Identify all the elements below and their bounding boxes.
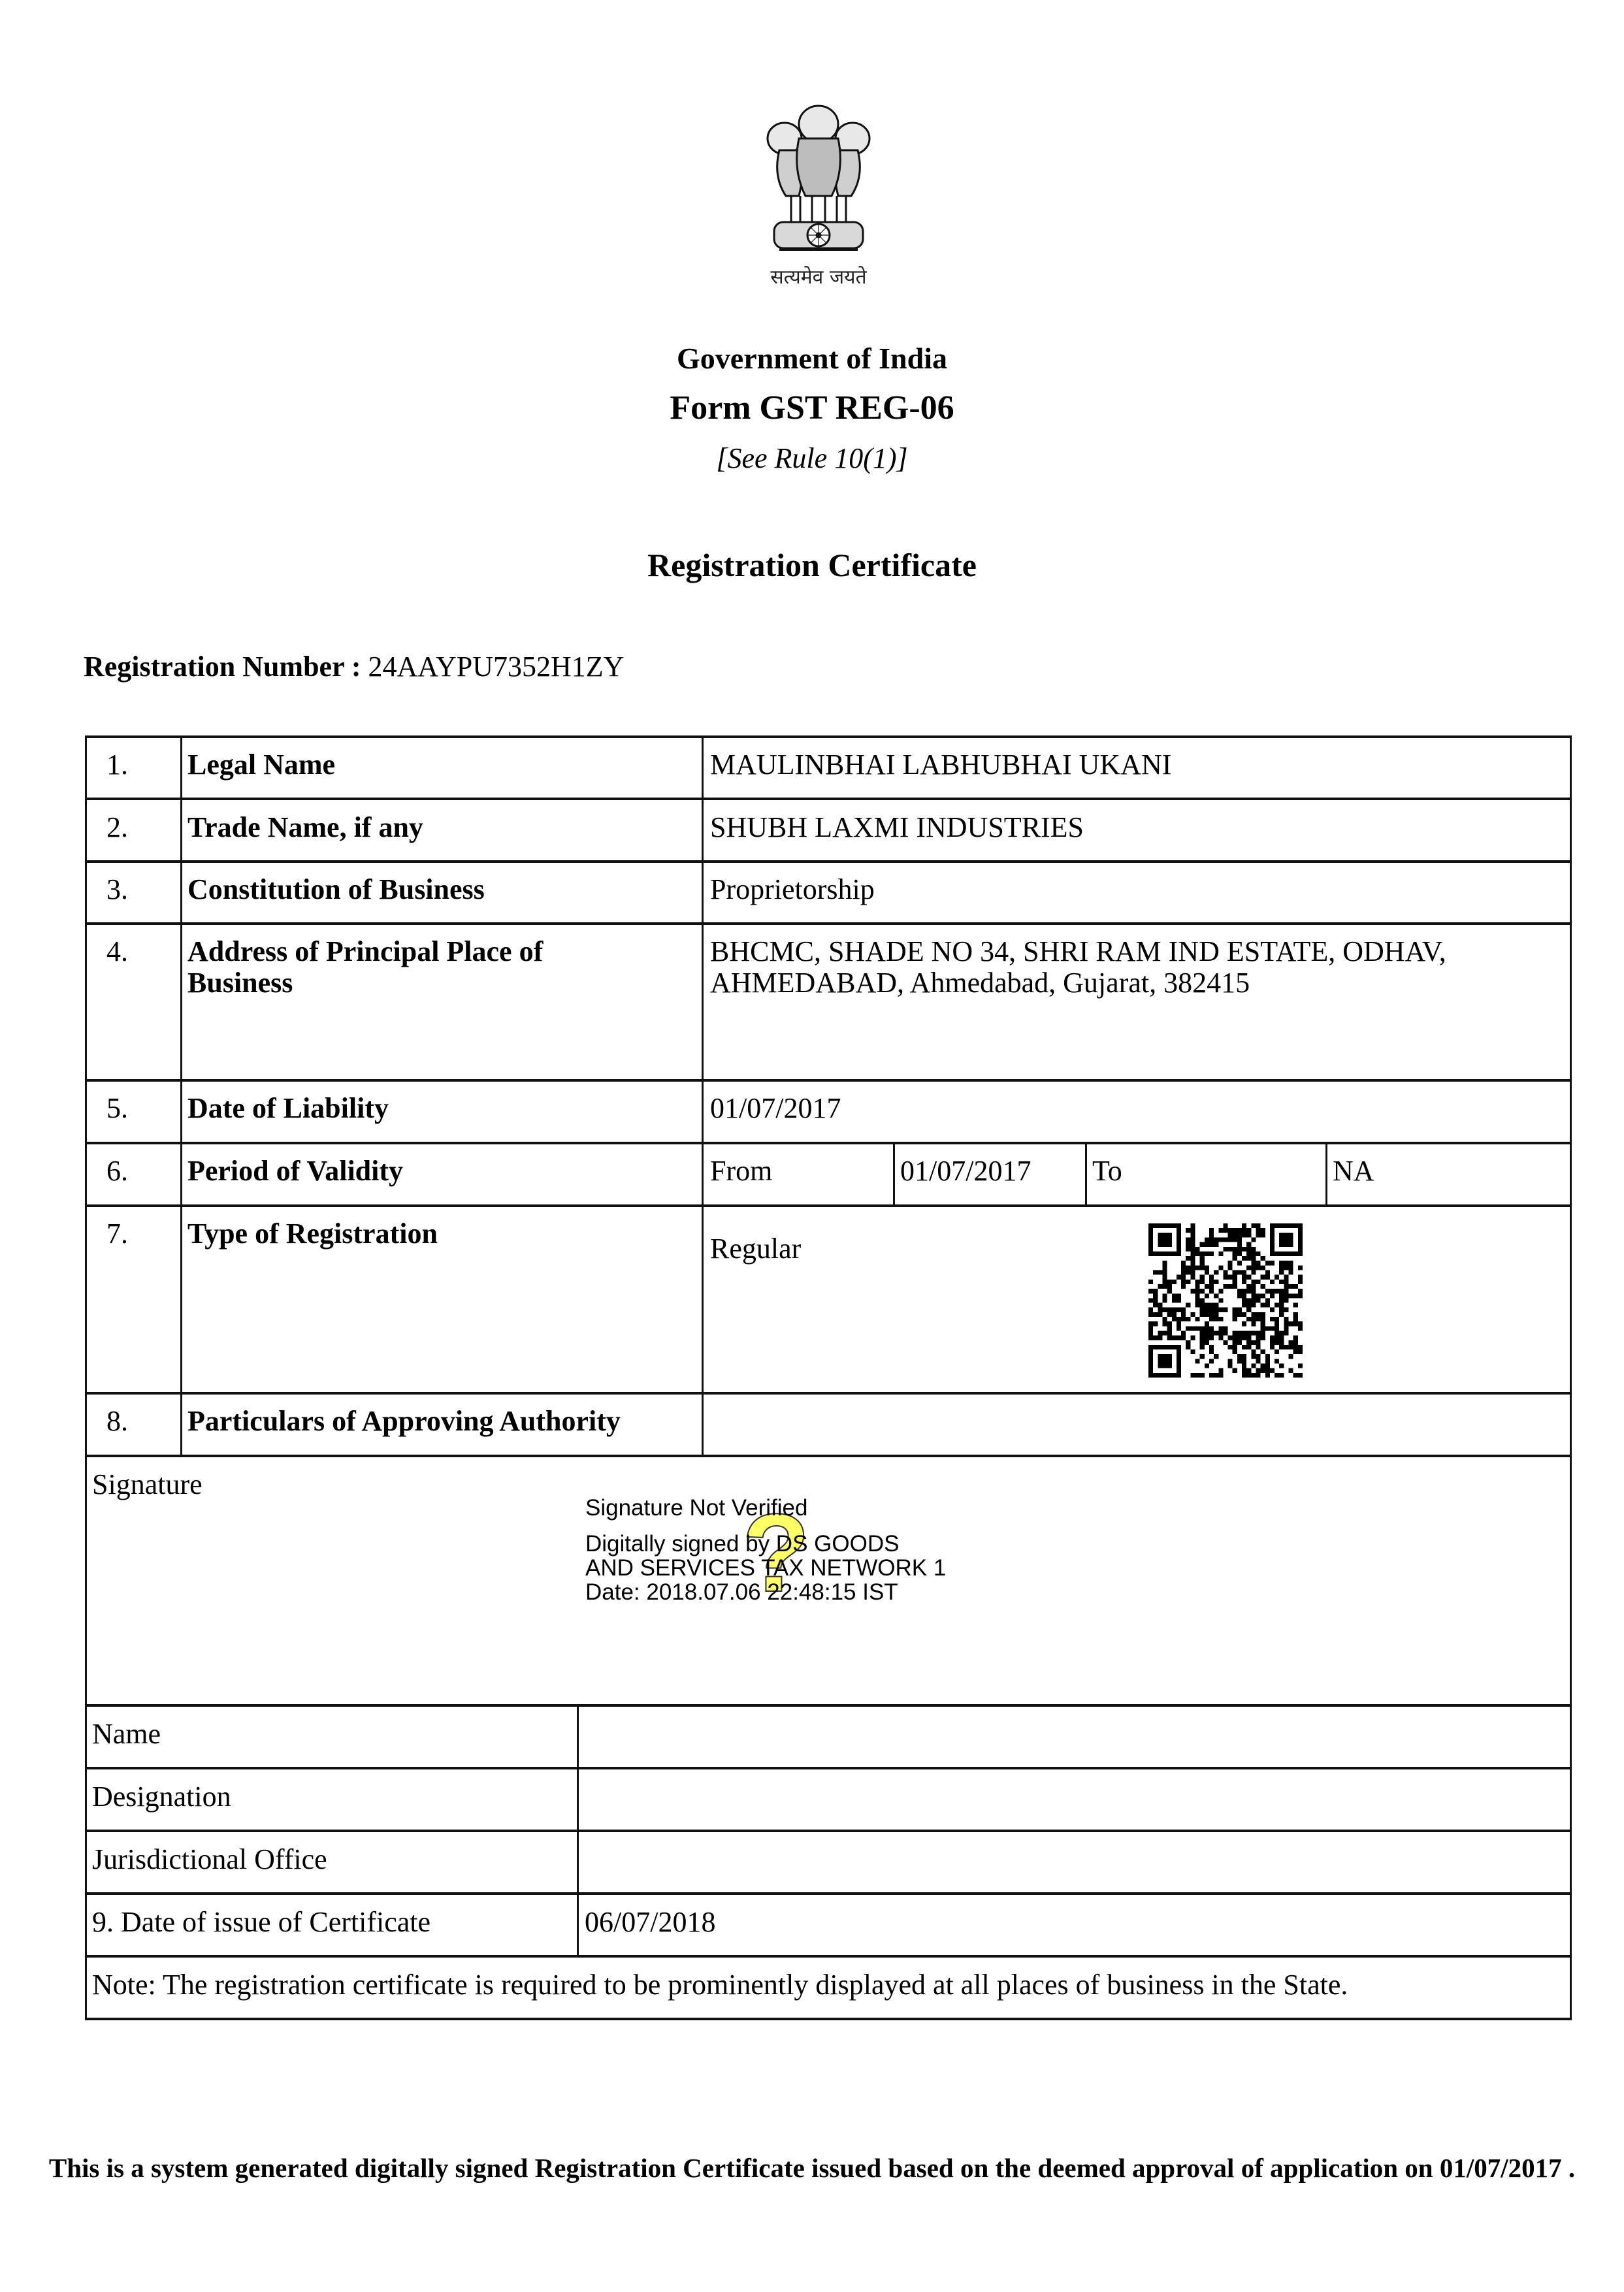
authority-name-label: Name (92, 1719, 161, 1750)
legal-name-value: MAULINBHAI LABHUBHAI UKANI (710, 749, 1171, 781)
display-note: Note: The registration certificate is re… (92, 1969, 1348, 2001)
table-border (85, 735, 87, 2020)
validity-from-label: From (710, 1155, 772, 1187)
certificate-title: Registration Certificate (0, 546, 1624, 584)
date-of-liability-label: Date of Liability (187, 1093, 389, 1124)
emblem-motto: सत्यमेव जयते (747, 263, 890, 289)
trade-name-label: Trade Name, if any (187, 812, 423, 843)
type-of-registration-value: Regular (710, 1233, 801, 1265)
registration-number-line: Registration Number : 24AAYPU7352H1ZY (84, 650, 624, 683)
jurisdictional-office-label: Jurisdictional Office (92, 1844, 327, 1875)
date-of-issue-label: 9. Date of issue of Certificate (92, 1907, 430, 1938)
address-value-line2: AHMEDABAD, Ahmedabad, Gujarat, 382415 (710, 967, 1250, 999)
row-divider (85, 1830, 1572, 1832)
registration-number-value: 24AAYPU7352H1ZY (368, 651, 624, 683)
form-title: Form GST REG-06 (0, 389, 1624, 427)
column-divider (180, 735, 182, 1457)
column-divider (577, 1704, 579, 1957)
validity-to-value: NA (1333, 1155, 1374, 1187)
signature-status: Signature Not Verified (585, 1496, 946, 1520)
row-number: 4. (106, 936, 128, 967)
signed-by-line1: Digitally signed by DS GOODS (585, 1532, 946, 1556)
address-label-line1: Address of Principal Place of (187, 936, 543, 967)
date-of-liability-value: 01/07/2017 (710, 1093, 841, 1124)
digital-signature-block[interactable]: Signature Not Verified Digitally signed … (585, 1496, 946, 1604)
row-number: 2. (106, 812, 128, 843)
constitution-value: Proprietorship (710, 874, 875, 905)
row-divider (85, 1142, 1572, 1144)
system-generated-footer: This is a system generated digitally sig… (0, 2152, 1624, 2184)
address-value-line1: BHCMC, SHADE NO 34, SHRI RAM IND ESTATE,… (710, 936, 1446, 967)
row-number: 5. (106, 1093, 128, 1124)
column-divider (1085, 1142, 1087, 1206)
validity-to-label: To (1092, 1155, 1122, 1187)
row-number: 7. (106, 1218, 128, 1250)
validity-from-value: 01/07/2017 (900, 1155, 1031, 1187)
designation-label: Designation (92, 1781, 231, 1813)
row-number: 1. (106, 749, 128, 781)
table-border (85, 2018, 1572, 2020)
signature-date: Date: 2018.07.06 22:48:15 IST (585, 1580, 946, 1604)
row-divider (85, 922, 1572, 925)
row-divider (85, 1704, 1572, 1707)
signature-label: Signature (92, 1469, 203, 1500)
address-label-line2: Business (187, 967, 293, 999)
date-of-issue-value: 06/07/2018 (585, 1907, 715, 1938)
constitution-label: Constitution of Business (187, 874, 485, 905)
row-divider (85, 1079, 1572, 1082)
legal-name-label: Legal Name (187, 749, 335, 781)
row-divider (85, 798, 1572, 800)
column-divider (1325, 1142, 1327, 1206)
table-border (85, 735, 1572, 738)
row-divider (85, 1892, 1572, 1895)
row-number: 6. (106, 1155, 128, 1187)
row-divider (85, 1767, 1572, 1769)
row-number: 3. (106, 874, 128, 905)
registration-number-label: Registration Number : (84, 651, 361, 683)
government-title: Government of India (0, 341, 1624, 376)
signed-by-line2: AND SERVICES TAX NETWORK 1 (585, 1556, 946, 1580)
state-emblem-icon (760, 98, 877, 255)
qr-code-icon (1148, 1223, 1303, 1378)
row-divider (85, 860, 1572, 863)
row-divider (85, 1455, 1572, 1457)
type-of-registration-label: Type of Registration (187, 1218, 438, 1250)
column-divider (893, 1142, 895, 1206)
row-number: 8. (106, 1406, 128, 1437)
rule-reference: [See Rule 10(1)] (0, 442, 1624, 475)
approving-authority-label: Particulars of Approving Authority (187, 1406, 621, 1437)
trade-name-value: SHUBH LAXMI INDUSTRIES (710, 812, 1084, 843)
period-of-validity-label: Period of Validity (187, 1155, 403, 1187)
column-divider (702, 735, 704, 1457)
row-divider (85, 1955, 1572, 1958)
row-divider (85, 1204, 1572, 1207)
table-border (1570, 735, 1572, 2020)
row-divider (85, 1392, 1572, 1395)
